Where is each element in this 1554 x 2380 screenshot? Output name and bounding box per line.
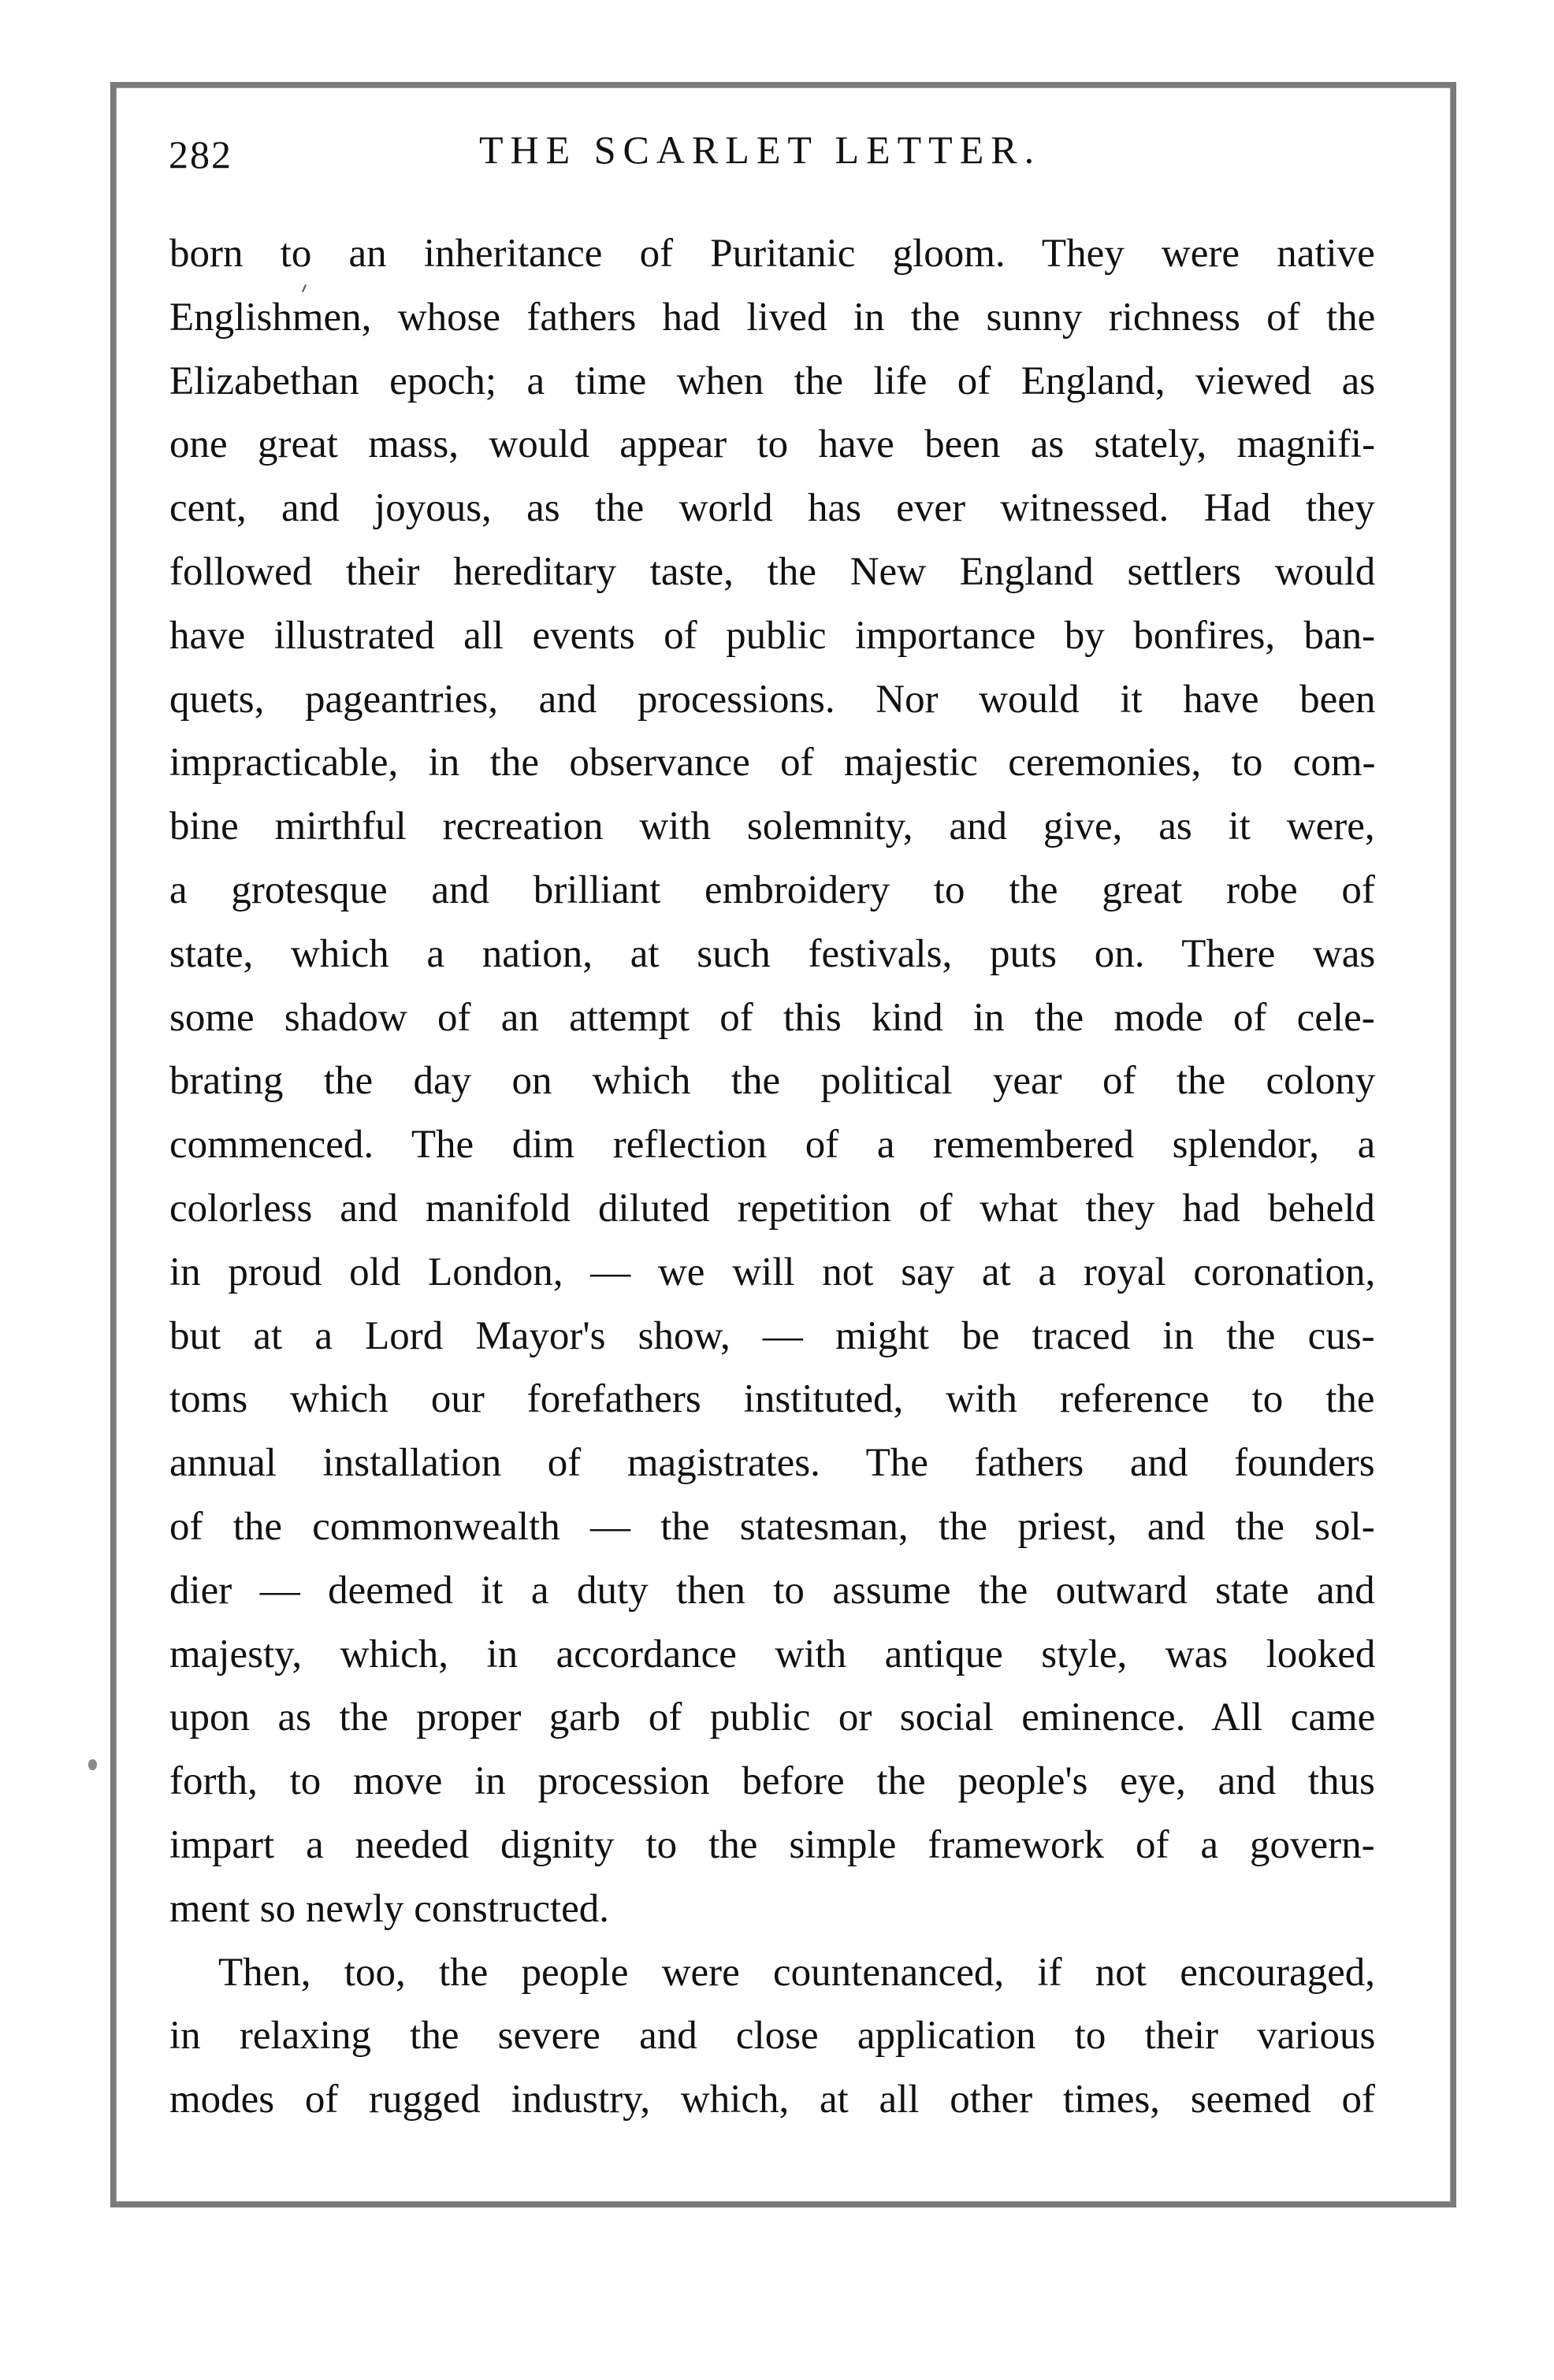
paragraph-end-line: ment so newly constructed.	[169, 1877, 1375, 1941]
text-line-content: one great mass, would appear to have bee…	[169, 413, 1375, 477]
text-line-content: have illustrated all events of public im…	[169, 604, 1375, 668]
text-line-content: followed their hereditary taste, the New…	[169, 540, 1375, 604]
text-line-content: brating the day on which the political y…	[169, 1049, 1375, 1113]
text-line: impart a needed dignity to the simple fr…	[169, 1814, 1375, 1877]
text-line-content: of the commonwealth — the statesman, the…	[169, 1495, 1375, 1559]
text-line: in proud old London, — we will not say a…	[169, 1241, 1375, 1305]
text-line-content: colorless and manifold diluted repetitio…	[169, 1177, 1375, 1241]
text-line: of the commonwealth — the statesman, the…	[169, 1495, 1375, 1559]
text-line-content: bine mirthful recreation with solemnity,…	[169, 795, 1375, 859]
text-line: state, which a nation, at such festivals…	[169, 923, 1375, 986]
text-line: have illustrated all events of public im…	[169, 604, 1375, 668]
text-line: toms which our forefathers instituted, w…	[169, 1368, 1375, 1431]
text-line-content: state, which a nation, at such festivals…	[169, 923, 1375, 986]
text-line: in relaxing the severe and close applica…	[169, 2004, 1375, 2068]
text-line-content: in relaxing the severe and close applica…	[169, 2004, 1375, 2068]
running-head: 282 THE SCARLET LETTER.	[0, 0, 1554, 189]
text-line-content: forth, to move in procession before the …	[169, 1750, 1375, 1814]
paragraph-start-line: Then, too, the people were countenanced,…	[169, 1941, 1375, 2005]
text-line: a grotesque and brilliant embroidery to …	[169, 859, 1375, 923]
text-line-content: upon as the proper garb of public or soc…	[169, 1686, 1375, 1750]
text-line-content: Elizabethan epoch; a time when the life …	[169, 350, 1375, 414]
text-line: followed their hereditary taste, the New…	[169, 540, 1375, 604]
text-line-content: impracticable, in the observance of maje…	[169, 731, 1376, 795]
text-line: Elizabethan epoch; a time when the life …	[169, 350, 1375, 414]
text-line: quets, pageantries, and processions. Nor…	[169, 668, 1375, 732]
text-line-content: dier — deemed it a duty then to assume t…	[169, 1559, 1375, 1623]
text-line-content: in proud old London, — we will not say a…	[169, 1241, 1375, 1305]
text-line: but at a Lord Mayor's show, — might be t…	[169, 1305, 1375, 1368]
text-line-content: but at a Lord Mayor's show, — might be t…	[169, 1305, 1375, 1368]
text-line: some shadow of an attempt of this kind i…	[169, 986, 1375, 1050]
text-line: brating the day on which the political y…	[169, 1049, 1375, 1113]
text-line-content: annual installation of magistrates. The …	[169, 1431, 1375, 1495]
text-line: bine mirthful recreation with solemnity,…	[169, 795, 1375, 859]
page-number: 282	[169, 131, 232, 178]
body-text: born to an inheritance of Puritanic gloo…	[169, 222, 1375, 2132]
text-line: Englishmen, whose fathers had lived in t…	[169, 286, 1375, 350]
text-line-content: impart a needed dignity to the simple fr…	[169, 1814, 1375, 1877]
text-line: one great mass, would appear to have bee…	[169, 413, 1375, 477]
text-line-content: a grotesque and brilliant embroidery to …	[169, 859, 1375, 923]
text-line-content: quets, pageantries, and processions. Nor…	[169, 668, 1375, 732]
text-line-content: toms which our forefathers instituted, w…	[169, 1368, 1375, 1431]
margin-dot	[88, 1759, 97, 1770]
text-line-content: commenced. The dim reflection of a remem…	[169, 1113, 1375, 1177]
text-line-content: ment so newly constructed.	[169, 1877, 609, 1941]
text-line-content: some shadow of an attempt of this kind i…	[169, 986, 1375, 1050]
running-title: THE SCARLET LETTER.	[479, 126, 1041, 173]
text-line: forth, to move in procession before the …	[169, 1750, 1375, 1814]
text-line: born to an inheritance of Puritanic gloo…	[169, 222, 1375, 286]
text-line: impracticable, in the observance of maje…	[169, 731, 1375, 795]
text-line-content: majesty, which, in accordance with antiq…	[169, 1623, 1375, 1687]
text-line-content: born to an inheritance of Puritanic gloo…	[169, 222, 1375, 286]
text-line: modes of rugged industry, which, at all …	[169, 2068, 1375, 2132]
text-line-content: modes of rugged industry, which, at all …	[169, 2068, 1375, 2132]
text-line: majesty, which, in accordance with antiq…	[169, 1623, 1375, 1687]
text-line: cent, and joyous, as the world has ever …	[169, 477, 1375, 540]
text-line-content: Englishmen, whose fathers had lived in t…	[169, 286, 1375, 350]
text-line: commenced. The dim reflection of a remem…	[169, 1113, 1375, 1177]
text-line-content: cent, and joyous, as the world has ever …	[169, 477, 1375, 540]
text-line: dier — deemed it a duty then to assume t…	[169, 1559, 1375, 1623]
text-line: upon as the proper garb of public or soc…	[169, 1686, 1375, 1750]
text-line-content: Then, too, the people were countenanced,…	[218, 1941, 1375, 2005]
text-line: annual installation of magistrates. The …	[169, 1431, 1375, 1495]
text-line: colorless and manifold diluted repetitio…	[169, 1177, 1375, 1241]
